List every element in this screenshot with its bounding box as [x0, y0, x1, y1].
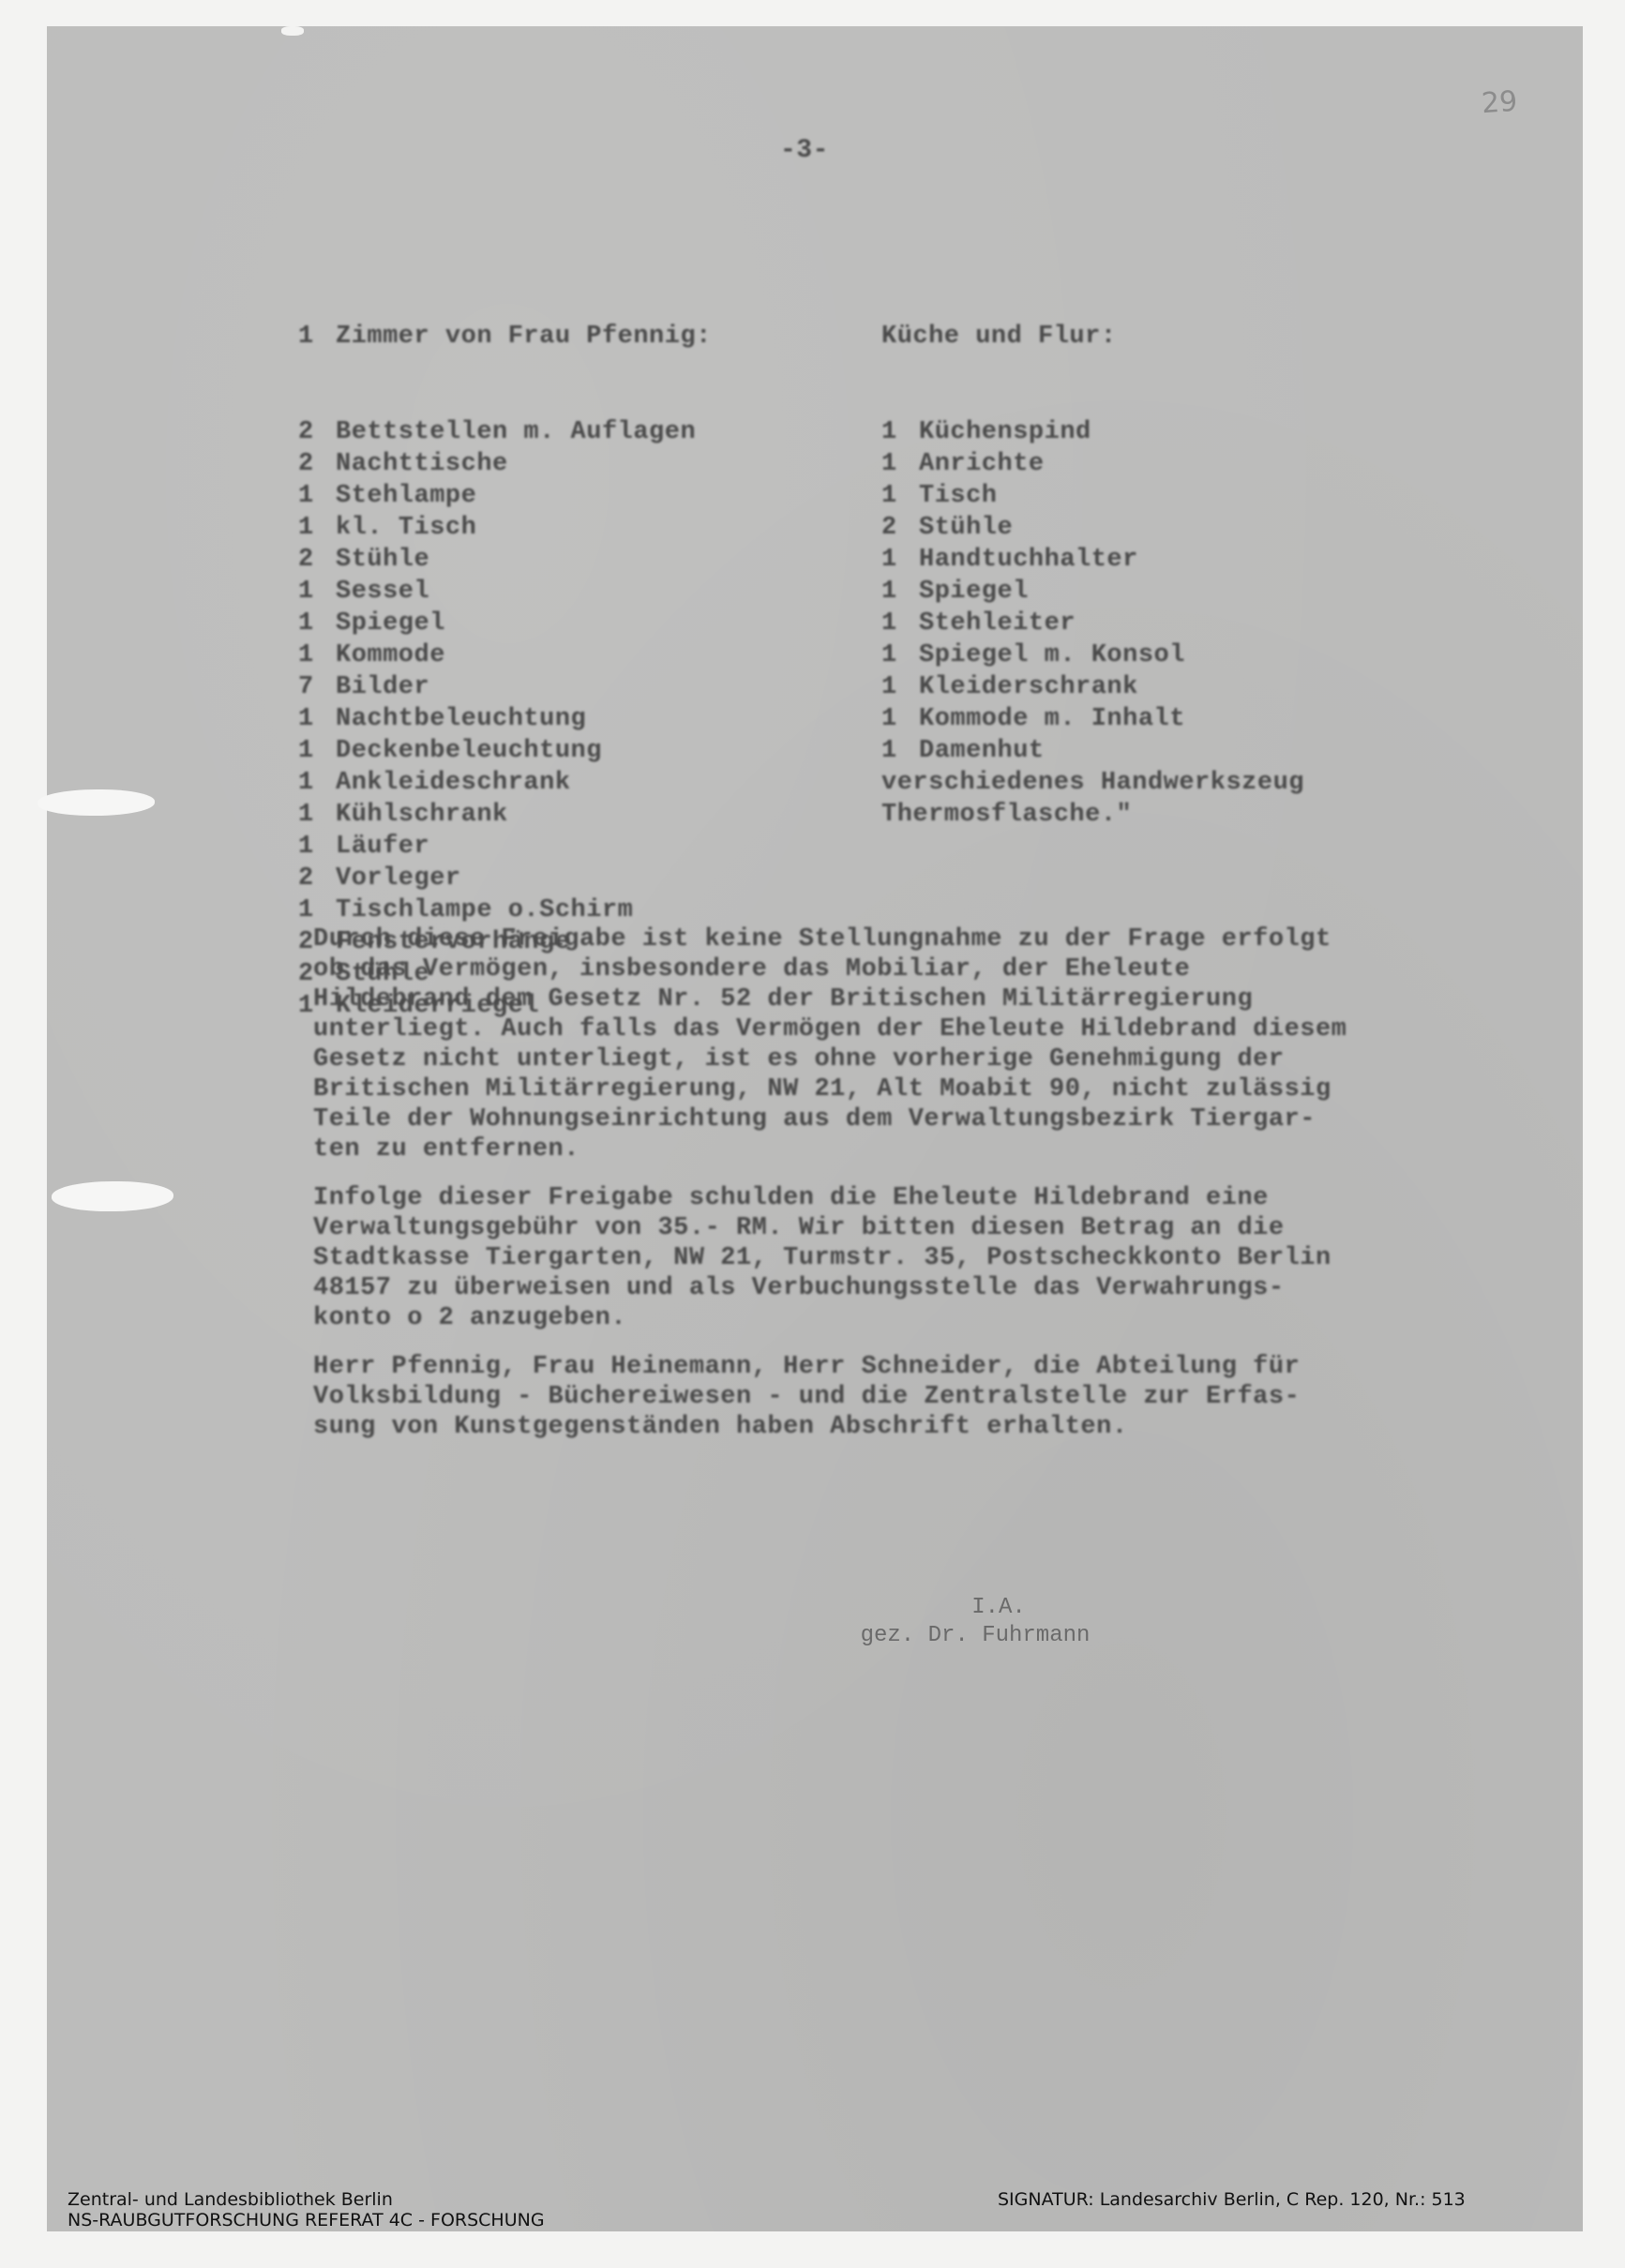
- item-quantity: 1: [298, 639, 336, 671]
- item-name: Ankleideschrank: [336, 769, 571, 797]
- paragraph-line: Durch diese Freigabe ist keine Stellungn…: [313, 924, 1588, 954]
- paragraph-line: Teile der Wohnungseinrichtung aus dem Ve…: [313, 1104, 1588, 1134]
- item-quantity: 2: [298, 448, 336, 480]
- list-item: 1Spiegel m. Konsol: [881, 639, 1304, 671]
- page-marker: -3-: [780, 135, 829, 167]
- paragraph-line: unterliegt. Auch falls das Vermögen der …: [313, 1014, 1588, 1044]
- item-name: Stehleiter: [919, 609, 1076, 638]
- signature-ia: I.A.: [844, 1594, 1153, 1622]
- item-quantity: 1: [881, 416, 919, 448]
- list-heading: 1Zimmer von Frau Pfennig:: [298, 321, 712, 353]
- list-item: 1Spiegel: [881, 576, 1304, 608]
- item-quantity: 1: [298, 767, 336, 799]
- paragraph-line: Britischen Militärregierung, NW 21, Alt …: [313, 1074, 1588, 1104]
- item-name: Tischlampe o.Schirm: [336, 896, 633, 924]
- list-item: 1Deckenbeleuchtung: [298, 735, 712, 767]
- item-name: Spiegel: [919, 578, 1029, 606]
- paragraph: Infolge dieser Freigabe schulden die Ehe…: [313, 1182, 1588, 1332]
- list-item: 2Nachttische: [298, 448, 712, 480]
- item-name: Bilder: [336, 673, 429, 701]
- item-quantity: 1: [881, 448, 919, 480]
- item-name: Kleiderschrank: [919, 673, 1138, 701]
- item-name: Nachtbeleuchtung: [336, 705, 586, 733]
- item-quantity: 1: [881, 576, 919, 608]
- paragraph-line: 48157 zu überweisen und als Verbuchungss…: [313, 1272, 1588, 1302]
- list-item: 2Stühle: [881, 512, 1304, 544]
- item-quantity: 1: [881, 608, 919, 639]
- folio-number: 29: [1481, 85, 1519, 121]
- list-item: 1Handtuchhalter: [881, 544, 1304, 576]
- paragraph-line: ten zu entfernen.: [313, 1134, 1588, 1164]
- paper-notch: [281, 26, 304, 36]
- item-quantity: 1: [881, 735, 919, 767]
- item-quantity: 2: [298, 416, 336, 448]
- body-paragraphs: Durch diese Freigabe ist keine Stellungn…: [313, 924, 1588, 1460]
- footer-left: Zentral- und Landesbibliothek Berlin NS-…: [68, 2189, 545, 2230]
- paragraph-line: Infolge dieser Freigabe schulden die Ehe…: [313, 1182, 1588, 1212]
- item-name: Kommode m. Inhalt: [919, 705, 1185, 733]
- item-quantity: 1: [298, 735, 336, 767]
- footer-institution: Zentral- und Landesbibliothek Berlin: [68, 2189, 545, 2210]
- right-items: 1Küchenspind1Anrichte1Tisch2Stühle1Handt…: [881, 416, 1304, 831]
- list-item: 7Bilder: [298, 671, 712, 703]
- item-name: Anrichte: [919, 450, 1045, 478]
- list-item: 1Tischlampe o.Schirm: [298, 894, 712, 926]
- item-name: Damenhut: [919, 737, 1045, 765]
- item-quantity: 7: [298, 671, 336, 703]
- item-name: Kommode: [336, 641, 445, 669]
- inventory-list-kitchen: Küche und Flur: 1Küchenspind1Anrichte1Ti…: [881, 257, 1304, 863]
- item-name: Tisch: [919, 482, 998, 510]
- list-item: 1Kühlschrank: [298, 799, 712, 831]
- item-name: Stühle: [919, 514, 1013, 542]
- item-quantity: 1: [298, 576, 336, 608]
- footer-department: NS-RAUBGUTFORSCHUNG REFERAT 4C - FORSCHU…: [68, 2210, 545, 2230]
- item-quantity: 1: [298, 512, 336, 544]
- footer-signatur: SIGNATUR: Landesarchiv Berlin, C Rep. 12…: [998, 2189, 1466, 2210]
- list-item: 1Damenhut: [881, 735, 1304, 767]
- item-quantity: 1: [881, 639, 919, 671]
- item-name: Läufer: [336, 833, 429, 861]
- paragraph-line: ob das Vermögen, insbesondere das Mobili…: [313, 954, 1588, 984]
- paragraph-line: Volksbildung - Büchereiwesen - und die Z…: [313, 1381, 1588, 1411]
- signature-name: gez. Dr. Fuhrmann: [861, 1623, 1091, 1648]
- paragraph: Herr Pfennig, Frau Heinemann, Herr Schne…: [313, 1351, 1588, 1441]
- list-item: 1kl. Tisch: [298, 512, 712, 544]
- list-item: 1Stehlampe: [298, 480, 712, 512]
- paragraph-line: Verwaltungsgebühr von 35.- RM. Wir bitte…: [313, 1212, 1588, 1242]
- list-heading: Küche und Flur:: [881, 321, 1304, 353]
- list-item: 2Bettstellen m. Auflagen: [298, 416, 712, 448]
- punch-hole-lower: [52, 1181, 173, 1211]
- item-name: verschiedenes Handwerkszeug: [881, 769, 1304, 797]
- item-name: Kühlschrank: [336, 801, 508, 829]
- paragraph-line: konto o 2 anzugeben.: [313, 1302, 1588, 1332]
- paragraph-line: Stadtkasse Tiergarten, NW 21, Turmstr. 3…: [313, 1242, 1588, 1272]
- list-item: 1Nachtbeleuchtung: [298, 703, 712, 735]
- paragraph: Durch diese Freigabe ist keine Stellungn…: [313, 924, 1588, 1164]
- paragraph-line: Hildebrand dem Gesetz Nr. 52 der Britisc…: [313, 984, 1588, 1014]
- item-quantity: 1: [298, 831, 336, 863]
- paragraph-line: sung von Kunstgegenständen haben Abschri…: [313, 1411, 1588, 1441]
- item-name: Spiegel m. Konsol: [919, 641, 1185, 669]
- item-name: Thermosflasche.": [881, 801, 1132, 829]
- list-item: 2Stühle: [298, 544, 712, 576]
- page-bottom-edge: [0, 2231, 1625, 2268]
- list-item: 2Vorleger: [298, 863, 712, 894]
- list-item: 1Kommode: [298, 639, 712, 671]
- item-quantity: 1: [298, 608, 336, 639]
- item-quantity: 1: [881, 703, 919, 735]
- item-name: Stehlampe: [336, 482, 476, 510]
- item-quantity: 1: [881, 480, 919, 512]
- paragraph-line: Herr Pfennig, Frau Heinemann, Herr Schne…: [313, 1351, 1588, 1381]
- item-name: Bettstellen m. Auflagen: [336, 418, 696, 446]
- item-quantity: 1: [298, 480, 336, 512]
- list-item: Thermosflasche.": [881, 799, 1304, 831]
- item-quantity: 1: [298, 703, 336, 735]
- list-item: 1Stehleiter: [881, 608, 1304, 639]
- item-name: Nachttische: [336, 450, 508, 478]
- list-item: 1Küchenspind: [881, 416, 1304, 448]
- item-quantity: 1: [881, 544, 919, 576]
- item-name: Handtuchhalter: [919, 546, 1138, 574]
- list-item: 1Läufer: [298, 831, 712, 863]
- list-item: 1Tisch: [881, 480, 1304, 512]
- item-quantity: 2: [298, 863, 336, 894]
- item-name: Vorleger: [336, 864, 461, 893]
- item-name: Sessel: [336, 578, 429, 606]
- punch-hole-upper: [38, 789, 155, 816]
- item-quantity: 1: [881, 671, 919, 703]
- list-item: 1Kleiderschrank: [881, 671, 1304, 703]
- list-item: 1Spiegel: [298, 608, 712, 639]
- item-quantity: 1: [298, 894, 336, 926]
- item-quantity: 2: [881, 512, 919, 544]
- item-quantity: 2: [298, 544, 336, 576]
- list-item: verschiedenes Handwerkszeug: [881, 767, 1304, 799]
- item-name: Deckenbeleuchtung: [336, 737, 602, 765]
- paragraph-line: Gesetz nicht unterliegt, ist es ohne vor…: [313, 1044, 1588, 1074]
- signature-block: I.A. gez. Dr. Fuhrmann: [797, 1594, 1153, 1650]
- item-quantity: 1: [298, 799, 336, 831]
- item-name: Stühle: [336, 546, 429, 574]
- list-item: 1Sessel: [298, 576, 712, 608]
- item-name: kl. Tisch: [336, 514, 476, 542]
- item-name: Küchenspind: [919, 418, 1091, 446]
- item-name: Spiegel: [336, 609, 445, 638]
- list-item: 1Ankleideschrank: [298, 767, 712, 799]
- list-item: 1Kommode m. Inhalt: [881, 703, 1304, 735]
- list-item: 1Anrichte: [881, 448, 1304, 480]
